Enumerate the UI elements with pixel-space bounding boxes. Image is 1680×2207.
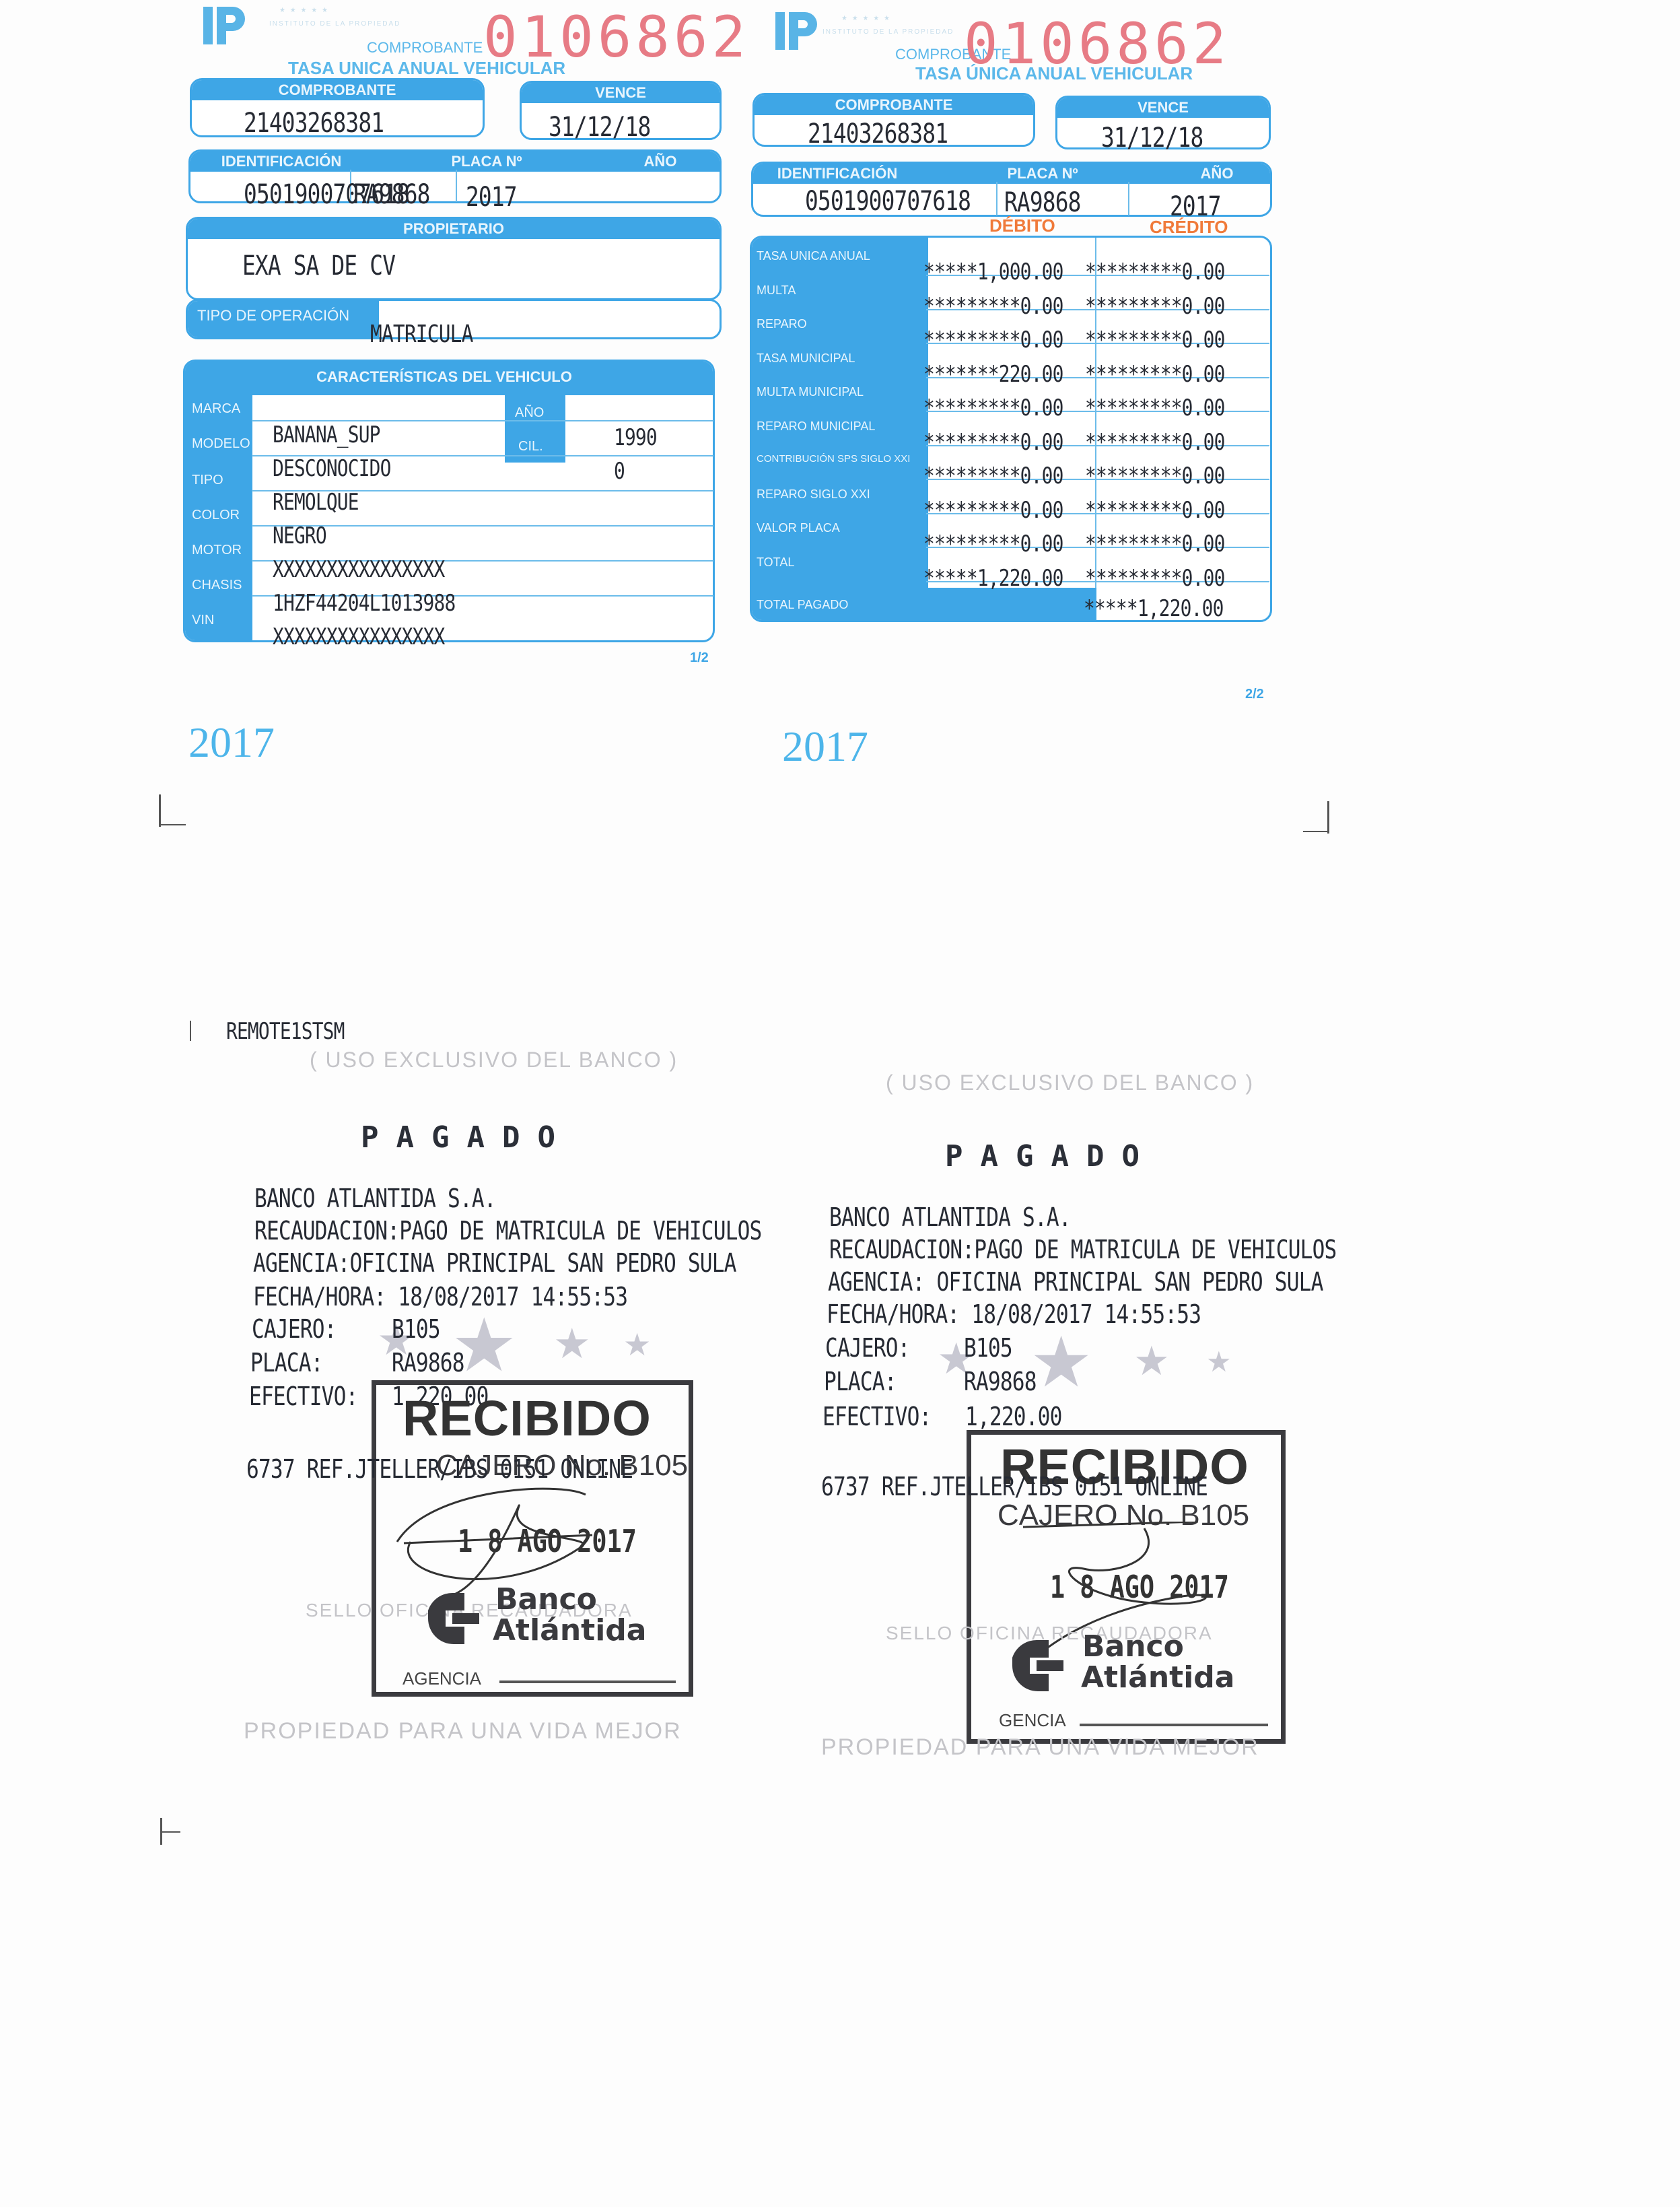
- margin-tick: [190, 1021, 191, 1041]
- agencia-line: [499, 1680, 676, 1683]
- charge-debito: *******220.00: [923, 361, 1063, 388]
- value-vin: 1HZF44204L1013988: [273, 590, 455, 617]
- charge-debito: *********0.00: [923, 531, 1063, 557]
- crop-mark: [160, 1831, 180, 1833]
- charge-debito: *********0.00: [923, 395, 1063, 421]
- charge-label: REPARO MUNICIPAL: [757, 419, 875, 434]
- comprobante-label: COMPROBANTE: [192, 80, 483, 100]
- caracteristicas-label: CARACTERÍSTICAS DEL VEHICULO: [252, 368, 636, 386]
- recaudacion-line: RECAUDACION:PAGO DE MATRICULA DE VEHICUL…: [254, 1216, 761, 1246]
- status-pagado: PAGADO: [945, 1139, 1157, 1174]
- value-extra: XXXXXXXXXXXXXXXX: [273, 623, 444, 650]
- value-motor: NEGRO: [273, 522, 326, 549]
- institution-small: INSTITUTO DE LA PROPIEDAD: [823, 28, 954, 36]
- bank-name: BANCO ATLANTIDA S.A.: [254, 1184, 496, 1213]
- cajero-label: CAJERO:: [825, 1333, 910, 1363]
- efectivo-label: EFECTIVO:: [249, 1382, 357, 1411]
- charge-credito: *********0.00: [1085, 429, 1225, 456]
- label-vin: VIN: [192, 613, 214, 628]
- crop-mark: [159, 824, 186, 825]
- identificacion-label: IDENTIFICACIÓN: [753, 164, 921, 184]
- identificacion-header: IDENTIFICACIÓN PLACA Nº AÑO: [190, 151, 720, 172]
- stars-decoration: ★ ★ ★ ★ ★: [841, 15, 891, 22]
- recaudacion-line: RECAUDACION:PAGO DE MATRICULA DE VEHICUL…: [829, 1235, 1336, 1264]
- placa-value: RA9868: [353, 179, 430, 210]
- agencia-line: [1080, 1724, 1268, 1726]
- label-veh-anio: AÑO: [515, 405, 544, 421]
- debito-label: DÉBITO: [989, 215, 1055, 236]
- charge-label: TASA UNICA ANUAL: [757, 249, 870, 263]
- total-pagado-label: TOTAL PAGADO: [757, 598, 848, 612]
- label-chasis: CHASIS: [192, 578, 242, 593]
- vence-value: 31/12/18: [549, 112, 650, 143]
- charge-credito: *********0.00: [1085, 259, 1225, 285]
- value-modelo: BANANA_SUP: [273, 421, 380, 448]
- cajero-value: B105: [964, 1333, 1012, 1363]
- propietario-value: EXA SA DE CV: [242, 250, 395, 281]
- charge-label: MULTA: [757, 283, 796, 298]
- anio-label: AÑO: [601, 151, 720, 172]
- divider: [996, 182, 998, 215]
- placa-value: RA9868: [964, 1367, 1037, 1396]
- anio-label: AÑO: [1164, 164, 1270, 184]
- uso-exclusivo-label: ( USO EXCLUSIVO DEL BANCO ): [310, 1048, 678, 1073]
- charge-credito: *********0.00: [1085, 293, 1225, 320]
- star-icon: ★: [623, 1329, 651, 1360]
- charge-debito: *****1,000.00: [923, 259, 1063, 285]
- placa-label: PLACA Nº: [372, 151, 601, 172]
- total-pagado-bg: [928, 588, 1096, 622]
- label-modelo: MODELO: [192, 436, 250, 452]
- institution-small: INSTITUTO DE LA PROPIEDAD: [269, 20, 400, 28]
- star-icon: ★: [553, 1324, 591, 1365]
- charge-label: MULTA MUNICIPAL: [757, 385, 864, 399]
- divider: [456, 170, 457, 202]
- page-marker: 1/2: [690, 650, 709, 666]
- comprobante-label: COMPROBANTE: [755, 95, 1033, 115]
- charge-label: CONTRIBUCIÓN SPS SIGLO XXI: [757, 453, 910, 465]
- cajero-value: B105: [392, 1314, 440, 1344]
- divider: [1128, 182, 1129, 215]
- form-title: TASA UNICA ANUAL VEHICULAR: [288, 58, 565, 79]
- placa-value: RA9868: [392, 1348, 464, 1378]
- vence-label: VENCE: [1057, 98, 1269, 118]
- charge-debito: *****1,220.00: [923, 565, 1063, 592]
- charge-label: REPARO SIGLO XXI: [757, 487, 870, 502]
- label-motor: MOTOR: [192, 543, 242, 558]
- value-cil: 0: [614, 458, 625, 485]
- star-icon: ★: [1133, 1341, 1170, 1382]
- stamp-agencia: GENCIA: [999, 1710, 1066, 1731]
- label-color: COLOR: [192, 508, 240, 523]
- agencia-line: AGENCIA:OFICINA PRINCIPAL SAN PEDRO SULA: [253, 1248, 736, 1278]
- crop-mark: [1303, 831, 1329, 832]
- charge-label: VALOR PLACA: [757, 521, 840, 535]
- ip-logo-icon: [774, 9, 820, 53]
- total-pagado-value: *****1,220.00: [1084, 595, 1224, 622]
- charge-credito: *********0.00: [1085, 531, 1225, 557]
- comprobante-value: 21403268381: [244, 108, 384, 139]
- terminal-id: REMOTE1STSM: [226, 1018, 345, 1045]
- charge-credito: *********0.00: [1085, 395, 1225, 421]
- charge-debito: *********0.00: [923, 429, 1063, 456]
- charge-label: TASA MUNICIPAL: [757, 351, 855, 366]
- placa-label: PLACA:: [250, 1348, 323, 1378]
- efectivo-label: EFECTIVO:: [823, 1402, 931, 1431]
- comprobante-value: 21403268381: [808, 118, 948, 149]
- identificacion-header: IDENTIFICACIÓN PLACA Nº AÑO: [753, 164, 1270, 184]
- reference-line: 6737 REF.JTELLER/IBS 0151 ONLINE: [821, 1472, 1207, 1501]
- charge-debito: *********0.00: [923, 293, 1063, 320]
- value-color: REMOLQUE: [273, 489, 359, 516]
- crop-mark: [1327, 801, 1329, 834]
- charge-credito: *********0.00: [1085, 565, 1225, 592]
- vence-value: 31/12/18: [1101, 123, 1203, 154]
- charge-label: REPARO: [757, 317, 807, 331]
- agencia-line: AGENCIA: OFICINA PRINCIPAL SAN PEDRO SUL…: [828, 1267, 1323, 1297]
- efectivo-value: 1,220.00: [965, 1402, 1062, 1431]
- charge-debito: *********0.00: [923, 497, 1063, 524]
- stamp-title: RECIBIDO: [403, 1390, 652, 1447]
- value-tipo: DESCONOCIDO: [273, 455, 391, 482]
- bank-logo-name-2: Atlántida: [1081, 1663, 1235, 1693]
- bank-logo-name-1: Banco: [495, 1585, 597, 1615]
- propietario-label: PROPIETARIO: [188, 219, 720, 239]
- year-mark: 2017: [188, 718, 275, 768]
- form-title: TASA ÚNICA ANUAL VEHICULAR: [915, 63, 1193, 84]
- credito-label: CRÉDITO: [1150, 217, 1228, 238]
- value-chasis: XXXXXXXXXXXXXXXX: [273, 556, 444, 583]
- bank-logo-name-1: Banco: [1082, 1632, 1184, 1662]
- star-icon: ★: [1206, 1348, 1232, 1376]
- status-pagado: PAGADO: [361, 1120, 573, 1155]
- value-veh-anio: 1990: [614, 424, 657, 451]
- uso-exclusivo-label: ( USO EXCLUSIVO DEL BANCO ): [886, 1071, 1254, 1095]
- page-marker: 2/2: [1245, 687, 1264, 702]
- banco-atlantida-logo-icon: [1010, 1637, 1066, 1694]
- label-cil: CIL.: [518, 439, 543, 454]
- star-icon: ★: [1030, 1328, 1092, 1398]
- charge-credito: *********0.00: [1085, 327, 1225, 353]
- placa-label: PLACA Nº: [921, 164, 1164, 184]
- bank-name: BANCO ATLANTIDA S.A.: [829, 1202, 1071, 1232]
- charge-credito: *********0.00: [1085, 361, 1225, 388]
- stamp-agencia: AGENCIA: [403, 1668, 481, 1689]
- ip-logo-icon: [202, 4, 248, 47]
- identificacion-label: IDENTIFICACIÓN: [190, 151, 372, 172]
- folio-label: COMPROBANTE: [367, 39, 483, 57]
- charge-debito: *********0.00: [923, 327, 1063, 353]
- cajero-label: CAJERO:: [252, 1314, 337, 1344]
- banco-atlantida-logo-icon: [425, 1590, 482, 1647]
- placa-value: RA9868: [1004, 187, 1081, 218]
- vence-label: VENCE: [522, 83, 720, 103]
- charge-debito: *********0.00: [923, 463, 1063, 489]
- tipo-operacion-label: TIPO DE OPERACIÓN: [188, 301, 379, 339]
- charge-label: TOTAL: [757, 555, 794, 570]
- stars-decoration: ★ ★ ★ ★ ★: [279, 7, 329, 14]
- year-mark: 2017: [782, 722, 868, 772]
- fecha-hora-line: FECHA/HORA: 18/08/2017 14:55:53: [827, 1299, 1201, 1329]
- crop-mark: [159, 794, 161, 827]
- charge-credito: *********0.00: [1085, 497, 1225, 524]
- identificacion-value: 0501900707618: [805, 186, 971, 217]
- slogan: PROPIEDAD PARA UNA VIDA MEJOR: [821, 1734, 1259, 1761]
- charge-credito: *********0.00: [1085, 463, 1225, 489]
- tipo-operacion-value: MATRICULA: [370, 320, 473, 348]
- placa-label: PLACA:: [824, 1367, 897, 1396]
- label-tipo: TIPO: [192, 473, 223, 488]
- fecha-hora-line: FECHA/HORA: 18/08/2017 14:55:53: [253, 1282, 627, 1312]
- slogan: PROPIEDAD PARA UNA VIDA MEJOR: [244, 1718, 682, 1744]
- label-marca: MARCA: [192, 401, 240, 417]
- anio-value: 2017: [466, 182, 517, 213]
- bank-logo-name-2: Atlántida: [493, 1616, 647, 1645]
